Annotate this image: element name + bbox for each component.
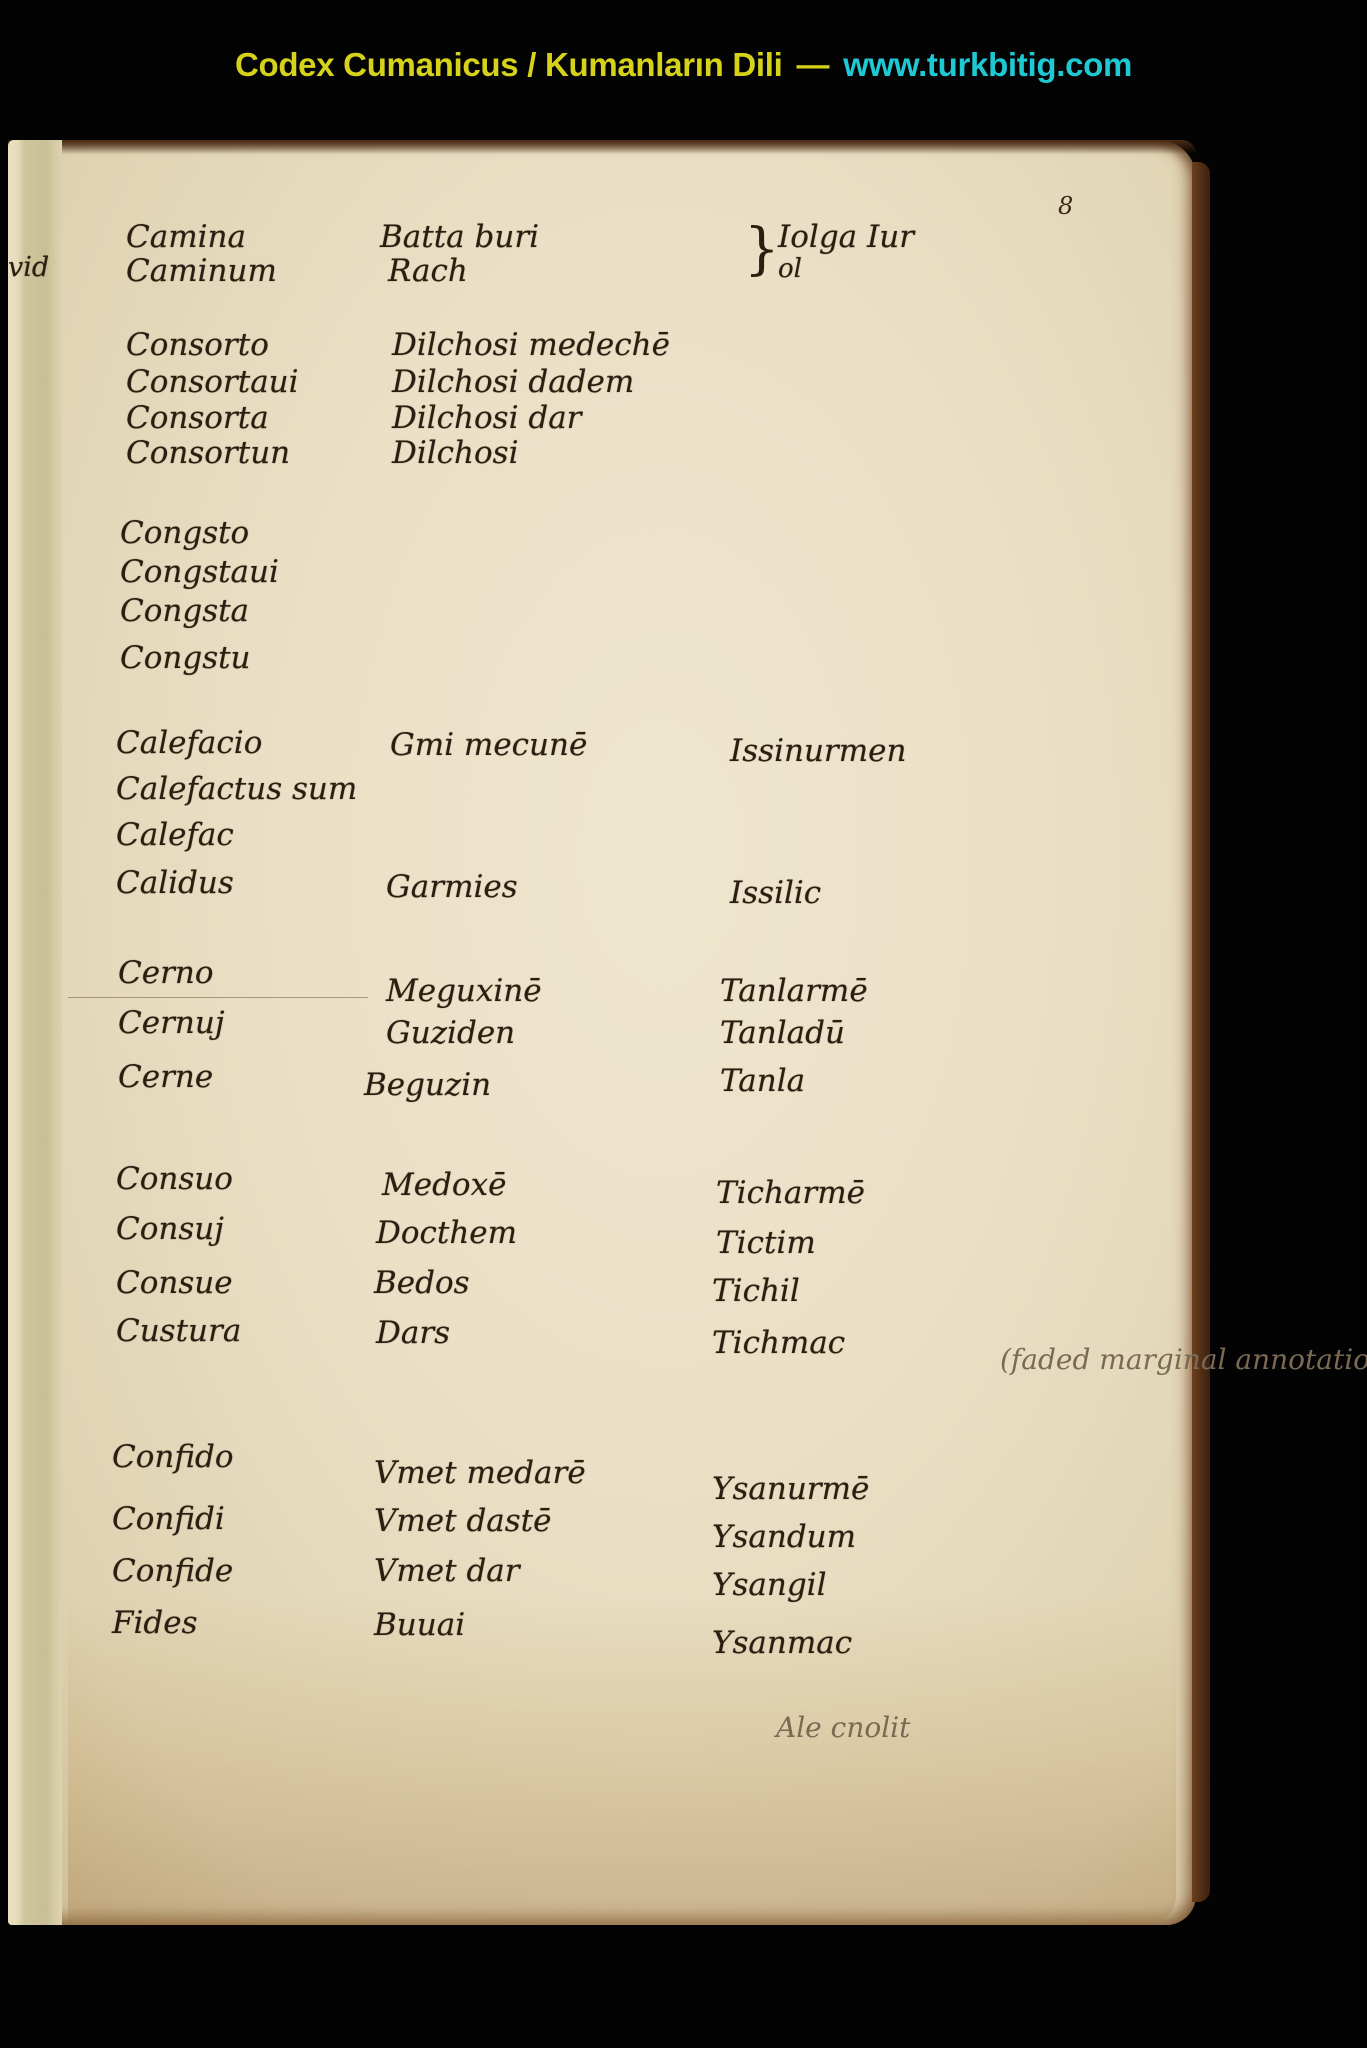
latin-word: Consue <box>116 1268 233 1299</box>
latin-word: Cerno <box>118 958 214 989</box>
cuman-word: Issinurmen <box>730 736 906 767</box>
latin-word: Cerne <box>118 1062 213 1093</box>
latin-word: Camina <box>126 222 246 253</box>
latin-word: Calefactus sum <box>116 774 357 805</box>
latin-word: Consorta <box>126 403 269 434</box>
latin-word: Congsta <box>120 596 249 627</box>
latin-word: Caminum <box>126 256 277 287</box>
persian-word: Rach <box>388 256 468 287</box>
persian-word: Docthem <box>376 1218 517 1249</box>
cuman-word: Ysanmac <box>712 1628 852 1659</box>
cuman-word: Issilic <box>730 878 821 909</box>
cuman-word: Ysangil <box>712 1570 827 1601</box>
brace-mark: } <box>744 222 780 278</box>
page-top-edge <box>8 140 1196 154</box>
latin-word: Congstaui <box>120 557 279 588</box>
left-margin-note: vid <box>8 254 49 281</box>
right-margin-note: (faded marginal annotation) <box>1000 1346 1367 1374</box>
latin-word: Calidus <box>116 868 234 899</box>
water-stain <box>68 1595 1176 1925</box>
persian-word: Dilchosi dadem <box>392 367 634 398</box>
latin-word: Cernuj <box>118 1008 224 1039</box>
persian-word: Vmet dar <box>374 1556 520 1587</box>
latin-word: Consortun <box>126 438 290 469</box>
persian-word: Medoxē <box>382 1170 506 1201</box>
cuman-word: Tanla <box>720 1066 805 1097</box>
cuman-word: Iolga Iur <box>778 222 914 253</box>
latin-word: Calefacio <box>116 728 262 759</box>
cuman-word: Tichmac <box>712 1328 845 1359</box>
cuman-word: ol <box>778 256 802 282</box>
persian-word: Vmet medarē <box>374 1458 586 1489</box>
latin-word: Consuj <box>116 1214 224 1245</box>
latin-word: Custura <box>116 1316 241 1347</box>
latin-word: Fides <box>112 1608 198 1639</box>
latin-word: Calefac <box>116 820 234 851</box>
bottom-margin-note: Ale cnolit <box>776 1714 910 1742</box>
ruled-line <box>68 997 368 998</box>
persian-word: Vmet dastē <box>374 1506 551 1537</box>
latin-word: Consortaui <box>126 367 299 398</box>
cuman-word: Tanladū <box>720 1018 845 1049</box>
persian-word: Dilchosi medechē <box>392 330 670 361</box>
persian-word: Bedos <box>374 1268 470 1299</box>
header-banner: Codex Cumanicus / Kumanların Dili—www.tu… <box>0 46 1367 84</box>
manuscript-page: 8 vid Camina Caminum Batta buri Rach } I… <box>8 140 1196 1925</box>
persian-word: Buuai <box>374 1610 465 1641</box>
persian-word: Meguxinē <box>386 976 542 1007</box>
latin-word: Confidi <box>112 1504 225 1535</box>
latin-word: Confide <box>112 1556 233 1587</box>
folio-number: 8 <box>1058 192 1073 220</box>
persian-word: Dilchosi dar <box>392 403 582 434</box>
persian-word: Batta buri <box>380 222 539 253</box>
latin-word: Consorto <box>126 330 269 361</box>
cuman-word: Tanlarmē <box>720 976 868 1007</box>
persian-word: Garmies <box>386 872 518 903</box>
persian-word: Gmi mecunē <box>390 730 587 761</box>
cuman-word: Ysanurmē <box>712 1474 869 1505</box>
banner-separator: — <box>796 46 829 83</box>
cuman-word: Tichil <box>712 1276 800 1307</box>
banner-url-link[interactable]: www.turkbitig.com <box>843 46 1132 83</box>
persian-word: Guziden <box>386 1018 515 1049</box>
persian-word: Dilchosi <box>392 438 519 469</box>
banner-title: Codex Cumanicus / Kumanların Dili <box>235 46 783 83</box>
cuman-word: Ticharmē <box>716 1178 865 1209</box>
persian-word: Beguzin <box>364 1070 491 1101</box>
latin-word: Confido <box>112 1442 234 1473</box>
page-binding-edge <box>1192 162 1210 1902</box>
latin-word: Congsto <box>120 518 249 549</box>
cuman-word: Ysandum <box>712 1522 856 1553</box>
persian-word: Dars <box>376 1318 450 1349</box>
latin-word: Consuo <box>116 1164 233 1195</box>
cuman-word: Tictim <box>716 1228 816 1259</box>
page-spine <box>8 140 62 1925</box>
latin-word: Congstu <box>120 643 251 674</box>
